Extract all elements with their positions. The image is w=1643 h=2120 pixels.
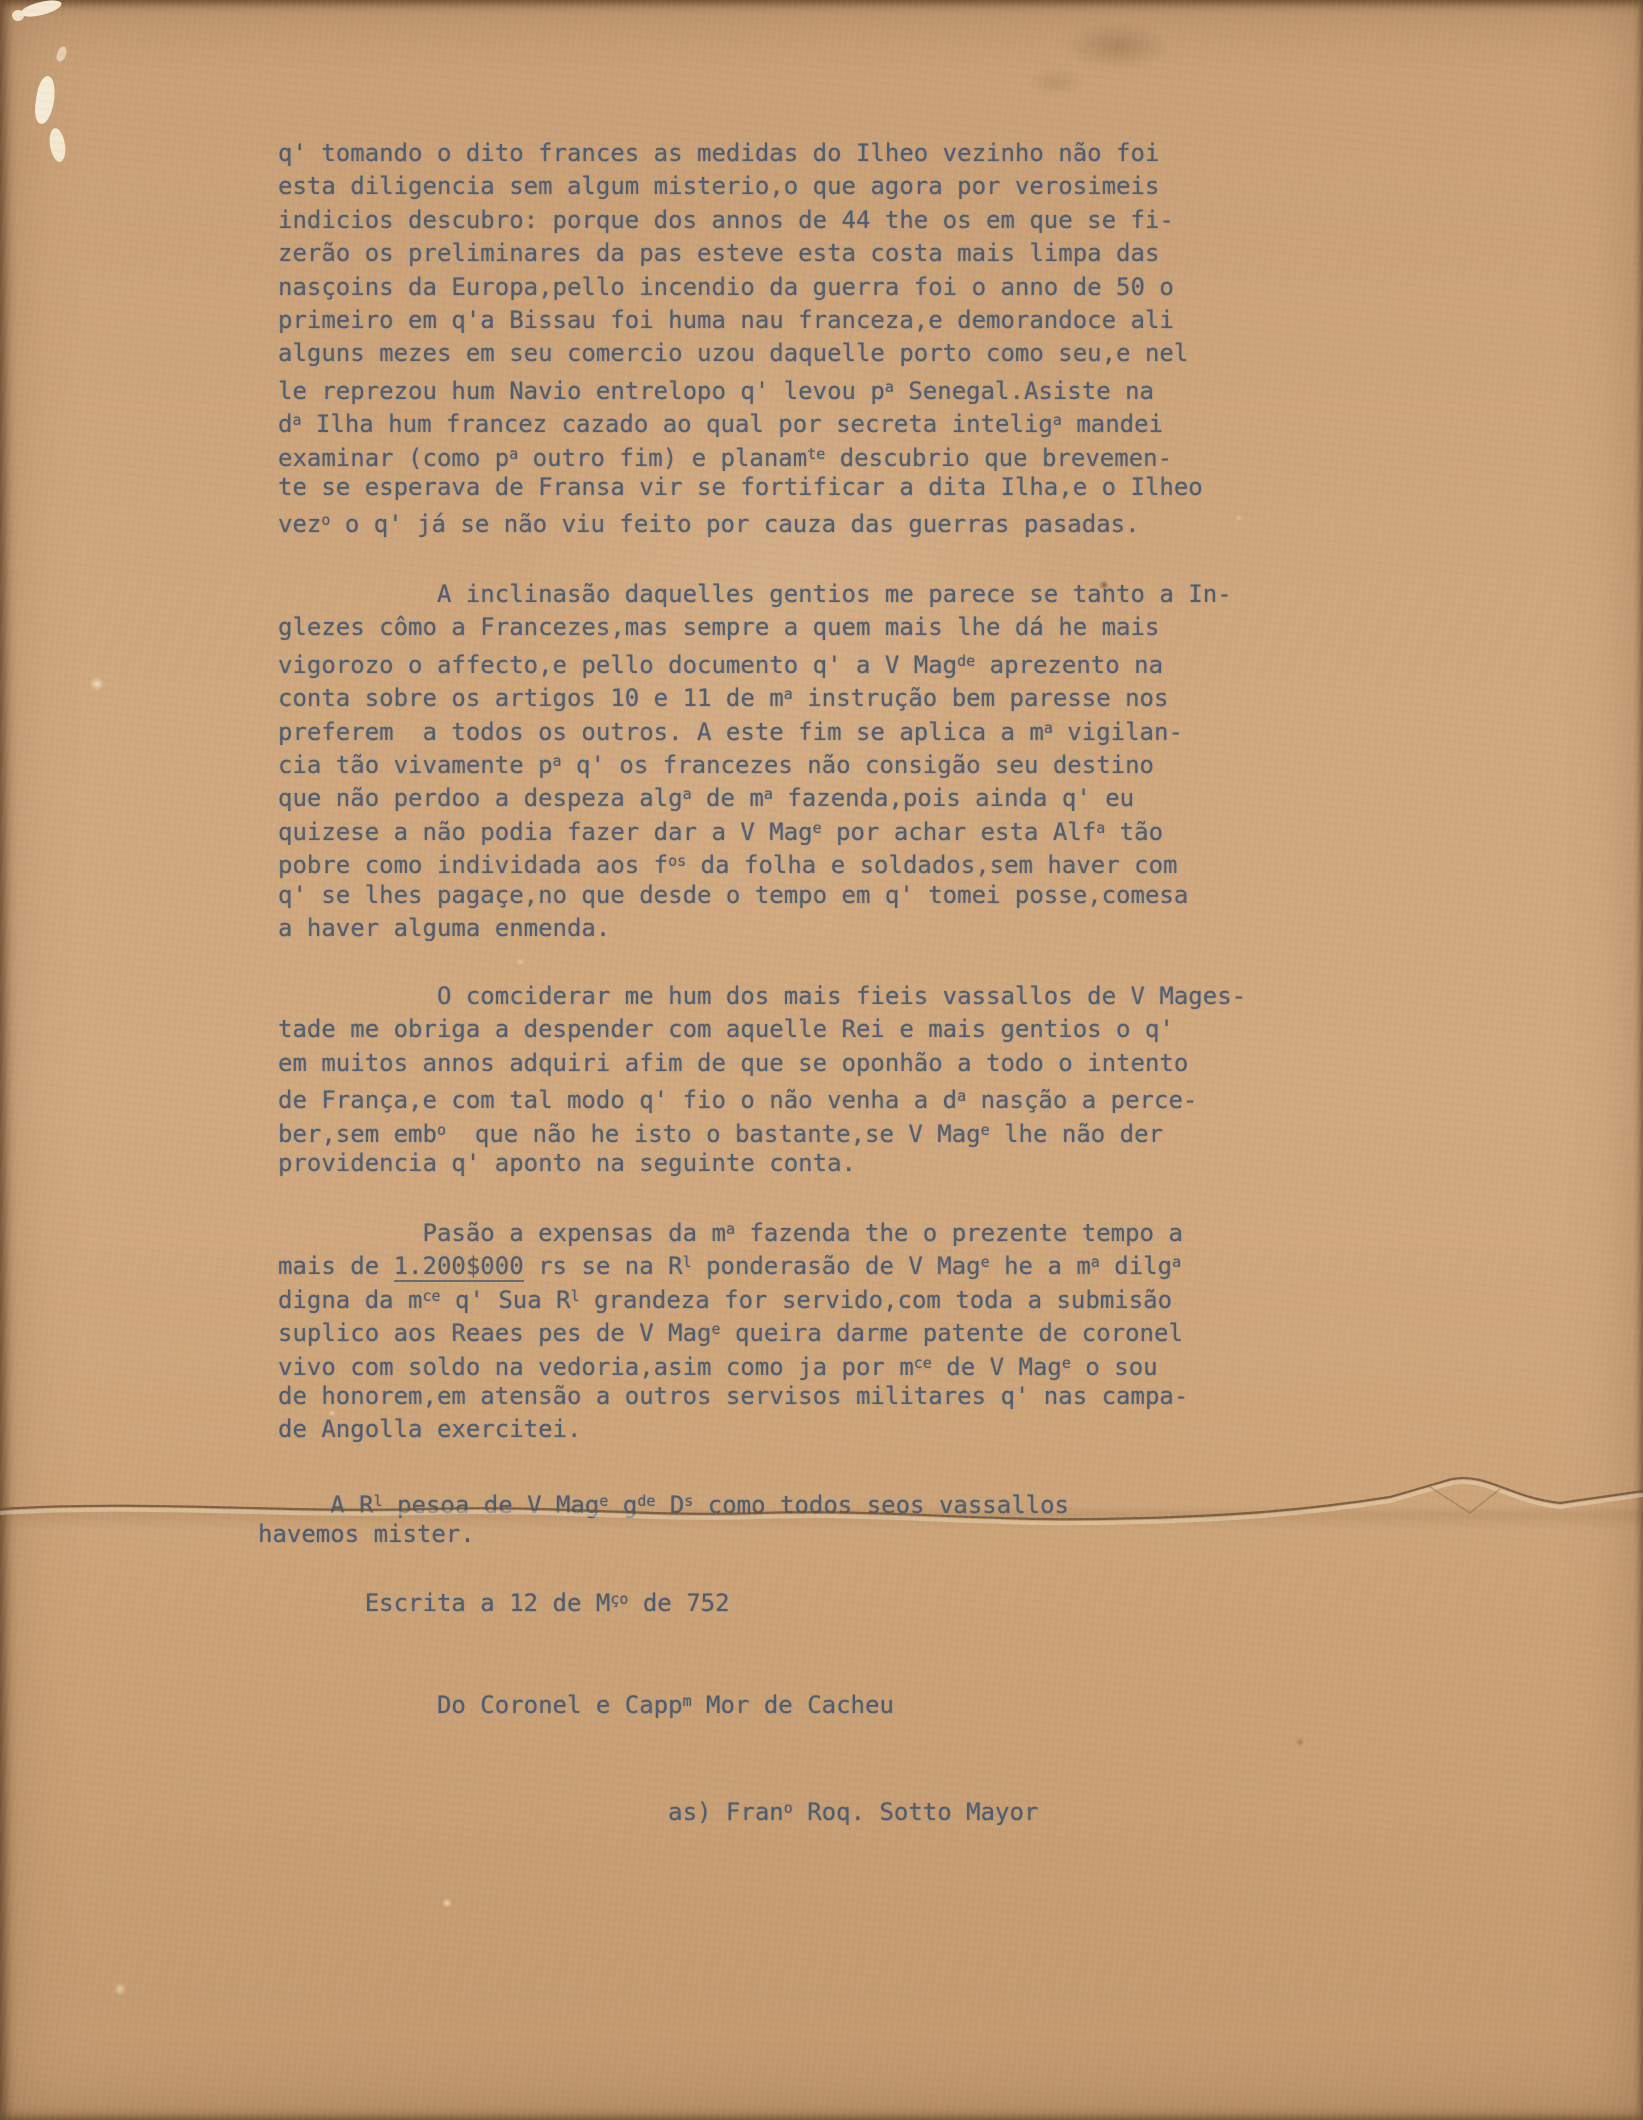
text-line: preferem a todos os outros. A este fim s… [278, 712, 1232, 745]
text-line: conta sobre os artigos 10 e 11 de ma ins… [278, 678, 1232, 711]
text-line: zerão os preliminares da pas esteve esta… [278, 237, 1203, 270]
text-line: pobre como individada aos fos da folha e… [278, 845, 1232, 878]
text-line: Escrita a 12 de Mço de 752 [278, 1583, 730, 1616]
text-line: le reprezou hum Navio entrelopo q' levou… [278, 371, 1203, 404]
paragraph-2: A inclinasão daquelles gentios me parece… [278, 578, 1232, 945]
text-line: q' tomando o dito frances as medidas do … [278, 137, 1203, 170]
text-line: esta diligencia sem algum misterio,o que… [278, 170, 1203, 203]
paragraph-3: O comciderar me hum dos mais fieis vassa… [278, 980, 1246, 1180]
text-line: a haver alguma enmenda. [278, 912, 1232, 945]
text-line: tade me obriga a despender com aquelle R… [278, 1013, 1246, 1046]
text-line: que não perdoo a despeza alga de ma faze… [278, 778, 1232, 811]
text-line: de França,e com tal modo q' fio o não ve… [278, 1080, 1246, 1113]
text-line: te se esperava de Fransa vir se fortific… [278, 471, 1203, 504]
text-line: cia tão vivamente pa q' os francezes não… [278, 745, 1232, 778]
text-line: suplico aos Reaes pes de V Mage queira d… [278, 1313, 1188, 1346]
text-line: nasçoins da Europa,pello incendio da gue… [278, 271, 1203, 304]
sender-line: Do Coronel e Cappm Mor de Cacheu [278, 1685, 894, 1718]
paragraph-5-creased: A Rl pesoa de V Mage gde Ds como todos s… [258, 1485, 1069, 1552]
letter-text-layer: q' tomando o dito frances as medidas do … [0, 0, 1643, 2120]
text-line: providencia q' aponto na seguinte conta. [278, 1147, 1246, 1180]
text-line: em muitos annos adquiri afim de que se o… [278, 1047, 1246, 1080]
text-line: primeiro em q'a Bissau foi huma nau fran… [278, 304, 1203, 337]
text-line: A Rl pesoa de V Mage gde Ds como todos s… [258, 1485, 1069, 1518]
paragraph-4: Pasão a expensas da ma fazenda the o pre… [278, 1213, 1188, 1447]
text-line: glezes cômo a Francezes,mas sempre a que… [278, 611, 1232, 644]
text-line: O comciderar me hum dos mais fieis vassa… [278, 980, 1246, 1013]
text-line: q' se lhes pagaçe,no que desde o tempo e… [278, 879, 1232, 912]
text-line: vivo com soldo na vedoria,asim como ja p… [278, 1347, 1188, 1380]
paragraph-1: q' tomando o dito frances as medidas do … [278, 137, 1203, 538]
text-line: examinar (como pa outro fim) e planamte … [278, 438, 1203, 471]
signature-line: as) Frano Roq. Sotto Mayor [278, 1792, 1038, 1825]
text-line: ber,sem embo que não he isto o bastante,… [278, 1114, 1246, 1147]
text-line: digna da mce q' Sua Rl grandeza for serv… [278, 1280, 1188, 1313]
text-line: indicios descubro: porque dos annos de 4… [278, 204, 1203, 237]
text-line: as) Frano Roq. Sotto Mayor [278, 1792, 1038, 1825]
text-line: quizese a não podia fazer dar a V Mage p… [278, 812, 1232, 845]
text-line: Pasão a expensas da ma fazenda the o pre… [278, 1213, 1188, 1246]
text-line: vezo o q' já se não viu feito por cauza … [278, 504, 1203, 537]
text-line: de Angolla exercitei. [278, 1413, 1188, 1446]
text-line: de honorem,em atensão a outros servisos … [278, 1380, 1188, 1413]
text-line: vigorozo o affecto,e pello documento q' … [278, 645, 1232, 678]
text-line: havemos mister. [258, 1518, 1069, 1551]
text-line: alguns mezes em seu comercio uzou daquel… [278, 337, 1203, 370]
dateline: Escrita a 12 de Mço de 752 [278, 1583, 730, 1616]
scanned-letter-page: q' tomando o dito frances as medidas do … [0, 0, 1643, 2120]
text-line: A inclinasão daquelles gentios me parece… [278, 578, 1232, 611]
text-line: mais de 1.200$000 rs se na Rl ponderasão… [278, 1246, 1188, 1279]
text-line: Do Coronel e Cappm Mor de Cacheu [278, 1685, 894, 1718]
text-line: da Ilha hum francez cazado ao qual por s… [278, 404, 1203, 437]
